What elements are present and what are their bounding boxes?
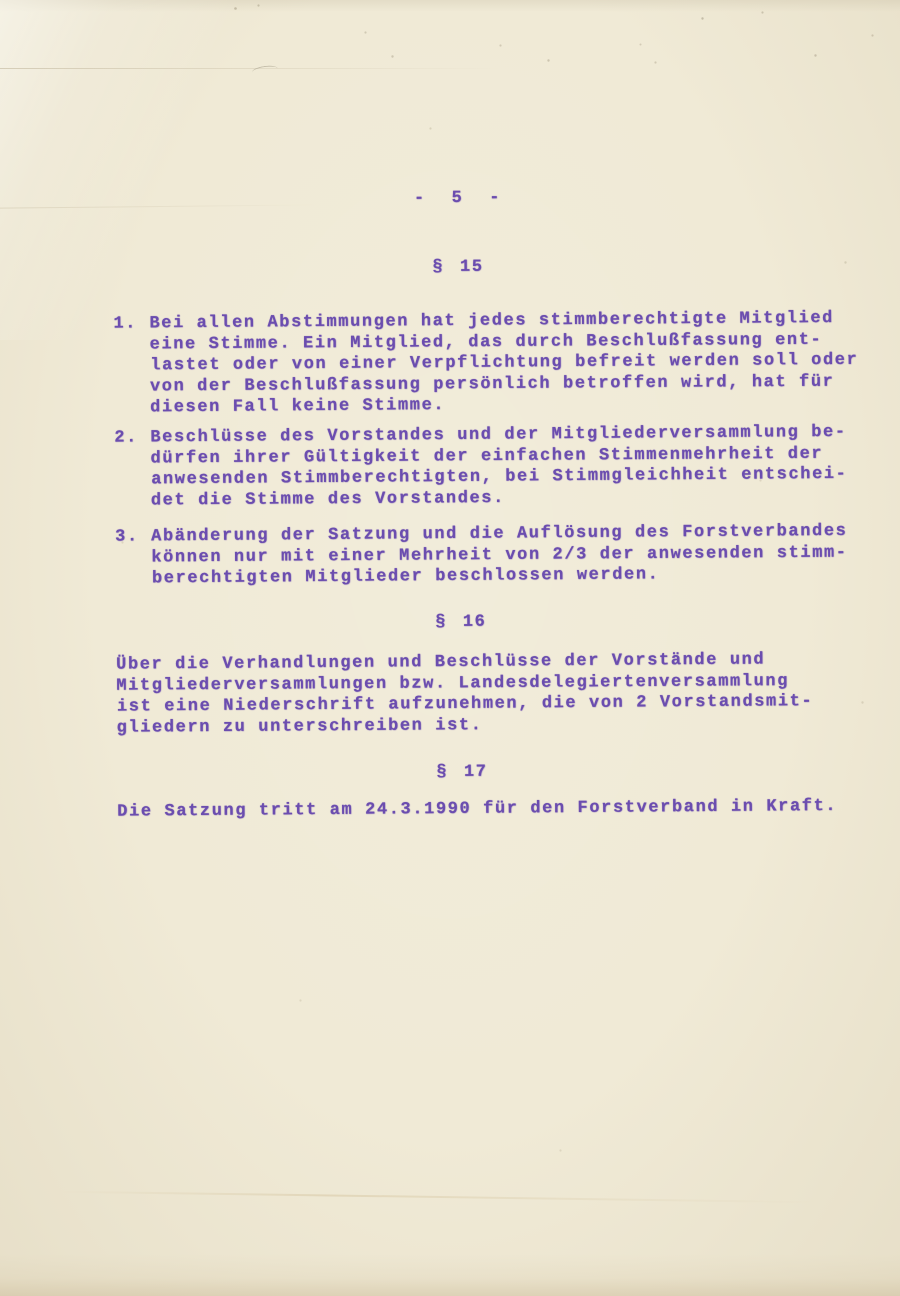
item-text: Beschlüsse des Vorstandes und der Mitgli… [150, 422, 847, 511]
section-heading-16: § 16 [116, 609, 806, 635]
item-marker: 1. [113, 313, 149, 334]
item-marker: 2. [114, 427, 150, 448]
numbered-item-1: 1. Bei allen Abstimmungen hat jedes stim… [113, 308, 858, 419]
item-text: Abänderung der Satzung und die Auflösung… [151, 521, 848, 589]
text-line: berechtigten Mitglieder beschlossen werd… [152, 563, 848, 589]
text-line: gliedern zu unterschreiben ist. [117, 713, 813, 739]
page-number: - 5 - [112, 185, 802, 211]
text-line: det die Stimme des Vorstandes. [151, 486, 847, 512]
scanned-document-page: - 5 - § 15 1. Bei allen Abstimmungen hat… [0, 0, 900, 1296]
section-heading-17: § 17 [117, 759, 807, 785]
item-text: Bei allen Abstimmungen hat jedes stimmbe… [149, 308, 858, 419]
numbered-item-2: 2. Beschlüsse des Vorstandes und der Mit… [114, 422, 847, 512]
section-heading-15: § 15 [113, 254, 803, 280]
item-marker: 3. [115, 526, 151, 547]
paper-speckles [0, 0, 1, 1]
text-line: Die Satzung tritt am 24.3.1990 für den F… [117, 796, 837, 823]
numbered-item-3: 3. Abänderung der Satzung und die Auflös… [115, 521, 848, 590]
paragraph-16: Über die Verhandlungen und Beschlüsse de… [116, 649, 813, 738]
paragraph-17: Die Satzung tritt am 24.3.1990 für den F… [117, 796, 837, 823]
typewritten-text-layer: - 5 - § 15 1. Bei allen Abstimmungen hat… [0, 0, 900, 1296]
